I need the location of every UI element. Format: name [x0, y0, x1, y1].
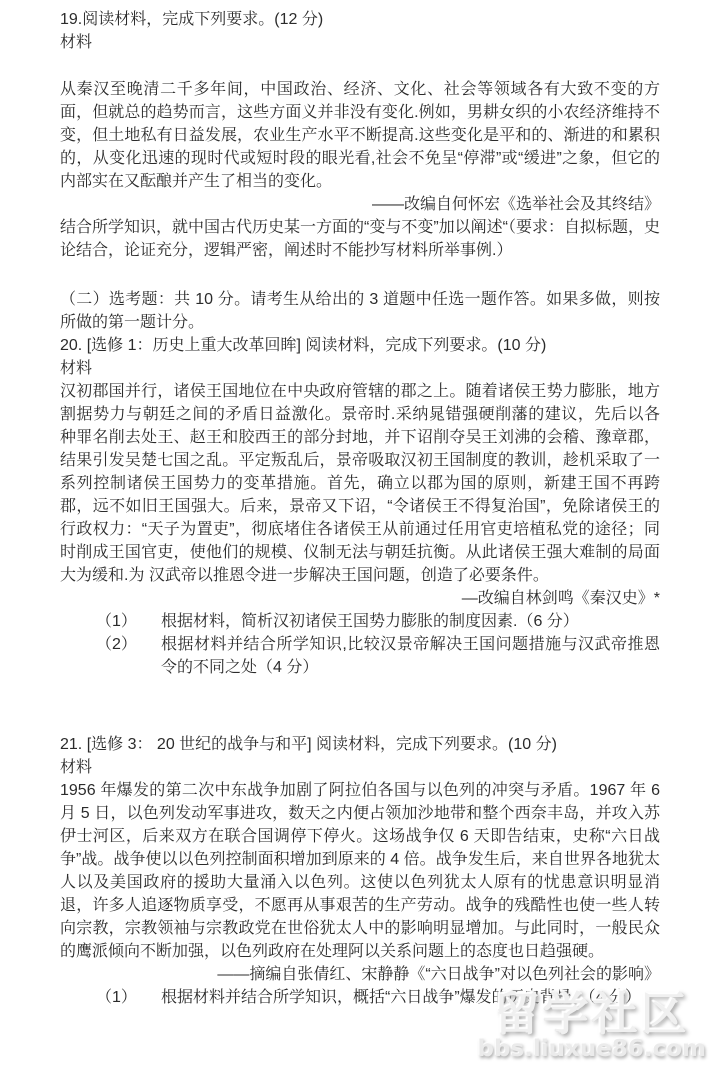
- q19-material-paragraph: 从秦汉至晚清二千多年间，中国政治、经济、文化、社会等领域各有大致不变的方面，但就…: [60, 78, 660, 193]
- exam-content: 19.阅读材料，完成下列要求。(12 分) 材料 从秦汉至晚清二千多年间，中国政…: [0, 0, 714, 1009]
- q20-material-label: 材料: [60, 357, 660, 380]
- q20-material-paragraph: 汉初郡国并行，诸侯王国地位在中央政府管辖的郡之上。随着诸侯王势力膨胀，地方割据势…: [60, 380, 660, 587]
- q19-material-label: 材料: [60, 31, 660, 54]
- q20-sub-question-2-number: （2）: [96, 633, 161, 679]
- q21-material-paragraph: 1956 年爆发的第二次中东战争加剧了阿拉伯各国与以色列的冲突与矛盾。1967 …: [60, 779, 660, 963]
- section-two-notice: （二）选考题：共 10 分。请考生从给出的 3 道题中任选一题作答。如果多做，则…: [60, 288, 660, 334]
- watermark-title: 留学社区: [478, 978, 706, 1044]
- q19-attribution: ——改编自何怀宏《选举社会及其终结》: [60, 193, 660, 216]
- q20-sub-question-2-text: 根据材料并结合所学知识,比较汉景帝解决王国问题措施与汉武帝推恩令的不同之处（4 …: [161, 633, 660, 679]
- q21-sub-question-1-number: （1）: [96, 986, 161, 1009]
- q20-sub-question-1-text: 根据材料，简析汉初诸侯王国势力膨胀的制度因素.（6 分）: [161, 610, 660, 633]
- q21-heading: 21. [选修 3： 20 世纪的战争与和平] 阅读材料，完成下列要求。(10 …: [60, 733, 660, 756]
- q19-heading: 19.阅读材料，完成下列要求。(12 分): [60, 8, 660, 31]
- exam-page: 19.阅读材料，完成下列要求。(12 分) 材料 从秦汉至晚清二千多年间，中国政…: [0, 0, 714, 1066]
- q21-material-label: 材料: [60, 756, 660, 779]
- site-watermark: 留学社区 bbs.liuxue86.com: [478, 978, 706, 1062]
- watermark-url: bbs.liuxue86.com: [478, 1036, 706, 1062]
- q20-attribution: —改编自林剑鸣《秦汉史》*: [60, 587, 660, 610]
- q19-task-paragraph: 结合所学知识，就中国古代历史某一方面的“变与不变”加以阐述“（要求：自拟标题，史…: [60, 216, 660, 262]
- q20-sub-question-2: （2） 根据材料并结合所学知识,比较汉景帝解决王国问题措施与汉武帝推恩令的不同之…: [60, 633, 660, 679]
- q20-sub-question-1-number: （1）: [96, 610, 161, 633]
- q20-sub-question-1: （1） 根据材料，简析汉初诸侯王国势力膨胀的制度因素.（6 分）: [60, 610, 660, 633]
- q20-heading: 20. [选修 1：历史上重大改革回眸] 阅读材料，完成下列要求。(10 分): [60, 334, 660, 357]
